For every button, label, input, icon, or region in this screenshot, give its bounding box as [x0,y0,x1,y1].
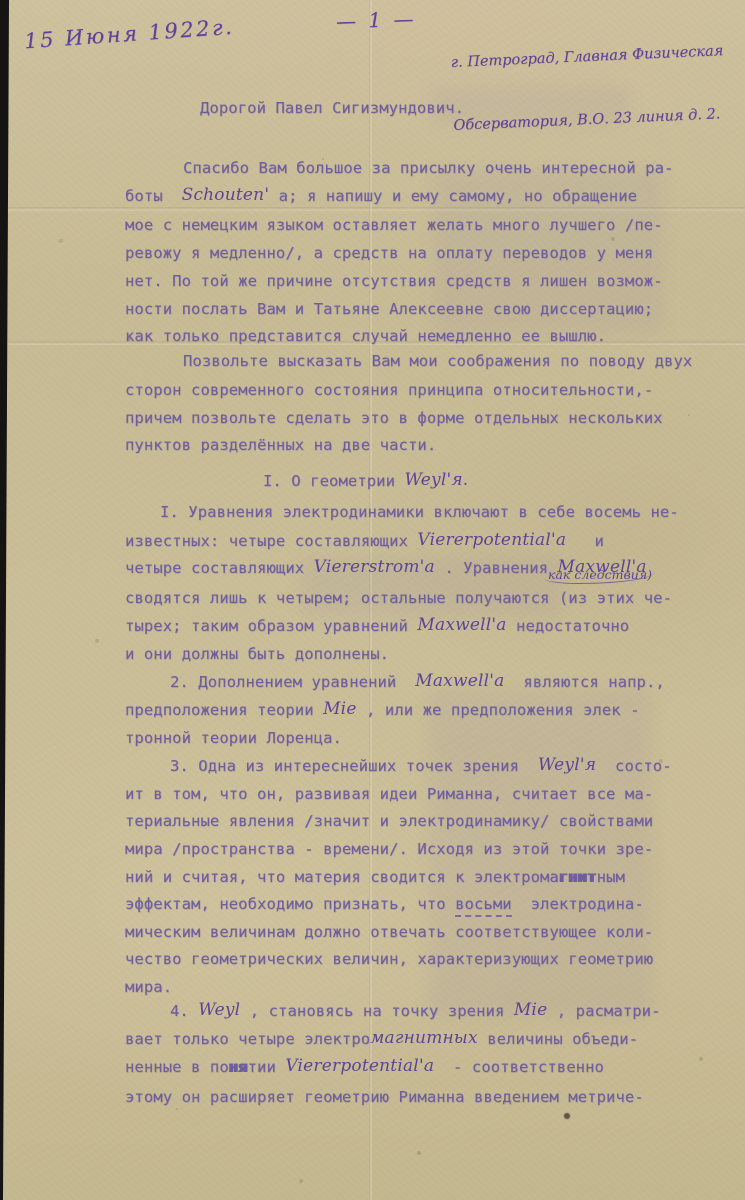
letter-page: 15 Июня 1922г. — 1 — г. Петроград, Главн… [0,0,745,1200]
letter-line: тронной теории Лоренца. [125,727,342,749]
letter-line: мира. [125,976,172,998]
sender-address-line2: Обсерватория, В.О. 23 линия д. 2. [453,104,726,137]
letter-line: причем позвольте сделать это в форме отд… [125,407,663,429]
typed-text: . Уравнения [435,559,558,577]
typed-text: мира. [125,978,172,996]
handwritten-word: магнитных [370,1028,478,1048]
handwritten-word: Weyl [198,1000,240,1020]
handwritten-word: Viererpotential'a [417,530,566,550]
typed-text: I. Уравнения электродинамики включают в … [160,503,679,521]
typed-text: мое с немецким языком оставляет желать м… [125,216,663,234]
typed-text: , становясь на точку зрения [240,1002,514,1020]
underlined-word: восьми [455,895,512,917]
overtyped-text: ня [229,1058,248,1076]
handwritten-word: Maxwell'a [415,671,504,691]
typed-text: мическим величинам должно отвечать соотв… [125,923,653,941]
typed-text: пунктов разделённых на две части. [125,436,436,454]
letter-line: Позвольте высказать Вам мои соображения … [183,350,692,372]
letter-line: известных: четыре составляющих Viererpot… [125,530,604,552]
letter-line: этому он расширяет геометрию Риманна вве… [125,1086,644,1108]
letter-line: вает только четыре электромагнитных вели… [125,1028,638,1050]
typed-text: тронной теории Лоренца. [125,729,342,747]
typed-text: а; я напишу и ему самому, но обращение [269,187,637,205]
letter-line: сводятся лишь к четырем; остальные получ… [125,587,672,609]
letter-line: боты Schouten' а; я напишу и ему самому,… [125,185,637,207]
letter-line: 4. Weyl , становясь на точку зрения Mie … [170,1000,661,1022]
typed-text: ит в том, что он, развивая идеи Риманна,… [125,785,653,803]
typed-text: величины объеди- [478,1030,638,1048]
typed-text: 3. Одна из интереснейших точек зрения [170,757,538,775]
letter-line: ит в том, что он, развивая идеи Риманна,… [125,783,653,805]
letter-line: пунктов разделённых на две части. [125,434,436,456]
typed-text: являются напр., [504,673,664,691]
typed-text: 4. [170,1002,198,1020]
typed-text: эффектам, необходимо признать, что [125,895,455,913]
handwritten-word: Schouten' [182,185,270,205]
typed-text: как только представится случай немедленн… [125,327,606,345]
letter-line: I. О геометрии Weyl'я. [263,470,468,492]
typed-text: сводятся лишь к четырем; остальные получ… [125,589,672,607]
typed-text: сторон современного состояния принципа о… [125,381,653,399]
typed-text: вает только четыре электро [125,1030,370,1048]
letter-line: Дорогой Павел Сигизмундович. [200,97,464,119]
typed-text: боты [125,187,182,205]
handwritten-annotation: как следствия) [545,567,655,584]
typed-text: - соответственно [434,1058,604,1076]
typed-text: териальные явления /значит и электродина… [125,812,653,830]
handwritten-word: Viererstrom'a [314,557,435,577]
letter-line: ний и считая, что материя сводится к эле… [125,866,625,888]
typed-text: Спасибо Вам большое за присылку очень ин… [183,159,673,177]
letter-line: чество геометрических величин, характери… [125,948,653,970]
letter-line: ненные в понятии Viererpotential'a - соо… [125,1056,604,1078]
typed-text: известных: четыре составляющих [125,532,417,550]
typed-text: ний и считая, что материя сводится к эле… [125,868,559,886]
page-number: — 1 — [336,7,417,34]
typed-text: и [566,532,604,550]
typed-text: и они должны быть дополнены. [125,645,389,663]
letter-line: мира /пространства - времени/. Исходя из… [125,838,653,860]
typed-text: мира /пространства - времени/. Исходя из… [125,840,653,858]
handwritten-word: Mie [323,699,357,719]
handwritten-word: Mie [514,1000,548,1020]
typed-text: тии [248,1058,286,1076]
typed-text: ненные в по [125,1058,229,1076]
typed-text: ревожу я медленно/, а средств на оплату … [125,244,653,262]
typed-text: предположения теории [125,701,323,719]
letter-line: 2. Дополнением уравнений Maxwell'a являю… [170,671,665,693]
letter-line: нет. По той же причине отсутствия средст… [125,270,663,292]
typed-text: четыре составляющих [125,559,314,577]
letter-line: тырех; таким образом уравнений Maxwell'a… [125,615,629,637]
paper-specks [0,0,2,2]
letter-line: 3. Одна из интереснейших точек зрения We… [170,755,672,777]
handwritten-word: Weyl'я. [404,470,468,490]
typed-text: , расматри- [547,1002,660,1020]
sender-address: г. Петроград, Главная Физическая Обсерва… [448,0,728,179]
typed-text: ности послать Вам и Татьяне Алексеевне с… [125,300,653,318]
typed-text: чество геометрических величин, характери… [125,950,653,968]
typed-text: 2. Дополнением уравнений [170,673,415,691]
typed-text: Дорогой Павел Сигизмундович. [200,99,464,117]
letter-line: сторон современного состояния принципа о… [125,379,653,401]
typed-text: причем позвольте сделать это в форме отд… [125,409,663,427]
letter-line: ревожу я медленно/, а средств на оплату … [125,242,653,264]
letter-line: териальные явления /значит и электродина… [125,810,653,832]
overtyped-text: гнит [559,868,597,886]
letter-line: как только представится случай немедленн… [125,325,606,347]
typed-text: недостаточно [507,617,630,635]
handwritten-word: Weyl'я [538,755,596,775]
letter-line: Спасибо Вам большое за присылку очень ин… [183,157,673,179]
typed-text: тырех; таким образом уравнений [125,617,417,635]
typed-text: Позвольте высказать Вам мои соображения … [183,352,692,370]
typed-text: этому он расширяет геометрию Риманна вве… [125,1088,644,1106]
letter-line: эффектам, необходимо признать, что восьм… [125,893,644,915]
typed-text: , или же предположения элек - [357,701,640,719]
typed-text: электродина- [512,895,644,913]
typed-text: нет. По той же причине отсутствия средст… [125,272,663,290]
letter-line: I. Уравнения электродинамики включают в … [160,501,679,523]
typed-text: состо- [596,757,671,775]
letter-line: мическим величинам должно отвечать соотв… [125,921,653,943]
letter-line: ности послать Вам и Татьяне Алексеевне с… [125,298,653,320]
handwritten-word: Maxwell'a [417,615,506,635]
handwritten-date: 15 Июня 1922г. [23,15,235,54]
handwritten-word: Viererpotential'a [285,1056,434,1076]
letter-line: предположения теории Mie , или же предпо… [125,699,640,721]
typed-text: ным [597,868,625,886]
sender-address-line1: г. Петроград, Главная Физическая [450,41,723,74]
letter-line: и они должны быть дополнены. [125,643,389,665]
letter-line: мое с немецким языком оставляет желать м… [125,214,663,236]
typed-text: I. О геометрии [263,472,404,490]
